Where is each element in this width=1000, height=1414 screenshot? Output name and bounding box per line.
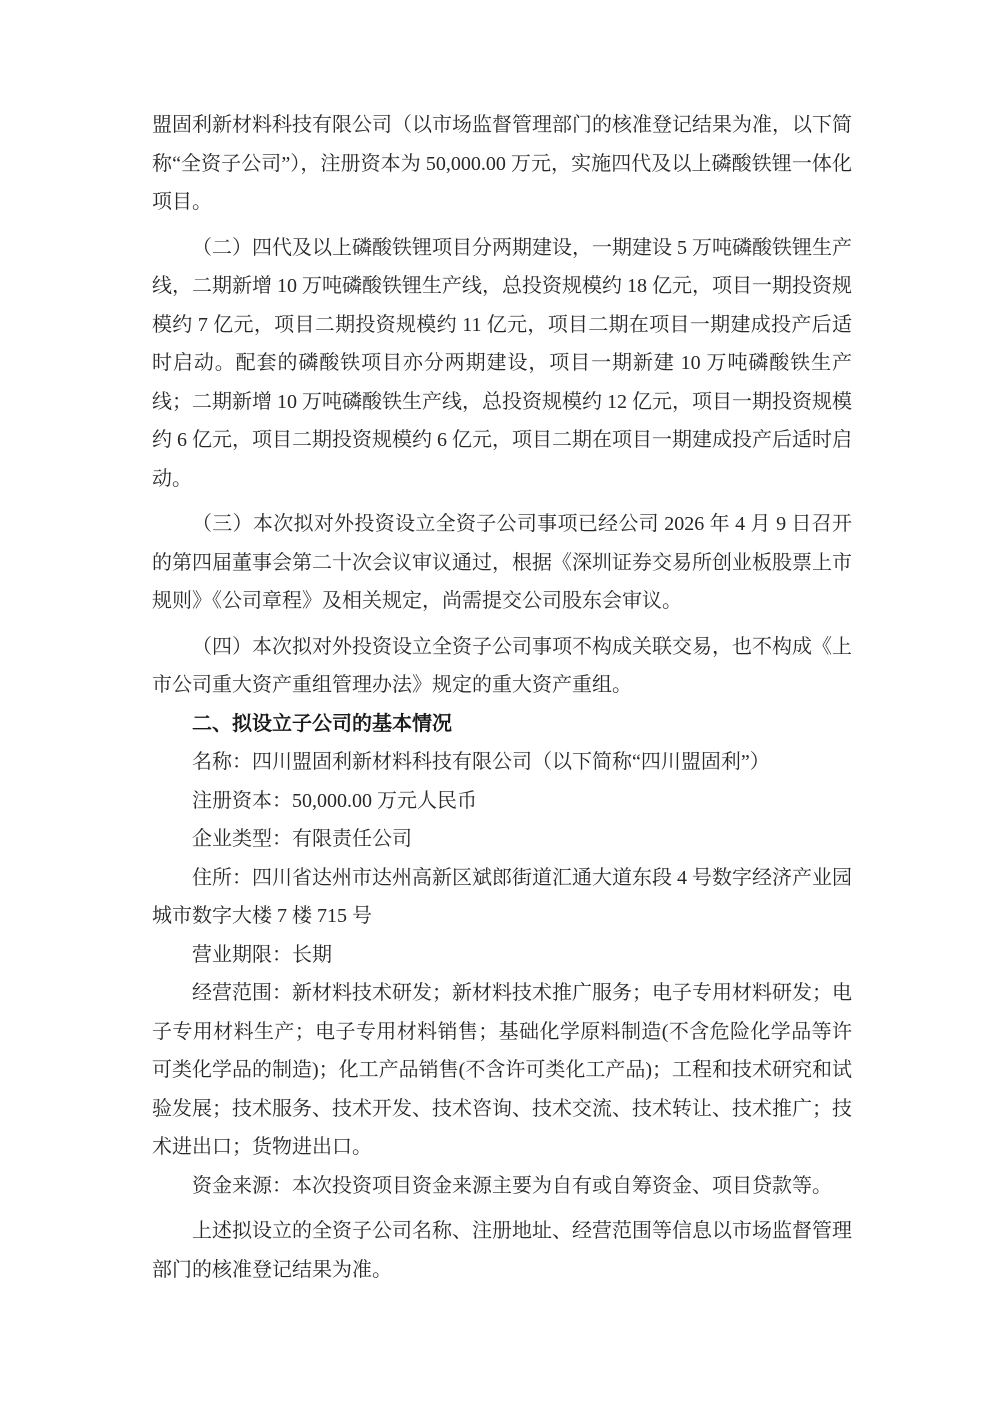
para-item-three-board-approval: （三）本次拟对外投资设立全资子公司事项已经公司 2026 年 4 月 9 日召开… (152, 505, 852, 621)
para-company-name: 名称：四川盟固利新材料科技有限公司（以下简称“四川盟固利”） (152, 743, 852, 782)
para-company-type: 企业类型：有限责任公司 (152, 820, 852, 859)
para-business-term: 营业期限：长期 (152, 936, 852, 975)
para-item-four-no-related-transaction: （四）本次拟对外投资设立全资子公司事项不构成关联交易，也不构成《上市公司重大资产… (152, 628, 852, 705)
para-registered-capital: 注册资本：50,000.00 万元人民币 (152, 782, 852, 821)
section-heading-subsidiary-basic-info: 二、拟设立子公司的基本情况 (152, 705, 852, 744)
para-company-address: 住所：四川省达州市达州高新区斌郎街道汇通大道东段 4 号数字经济产业园城市数字大… (152, 859, 852, 936)
para-business-scope: 经营范围：新材料技术研发；新材料技术推广服务；电子专用材料研发；电子专用材料生产… (152, 974, 852, 1167)
para-registration-disclaimer: 上述拟设立的全资子公司名称、注册地址、经营范围等信息以市场监督管理部门的核准登记… (152, 1212, 852, 1289)
document-page: 盟固利新材料科技有限公司（以市场监督管理部门的核准登记结果为准，以下简称“全资子… (0, 0, 1000, 1414)
para-funding-source: 资金来源：本次投资项目资金来源主要为自有或自筹资金、项目贷款等。 (152, 1167, 852, 1206)
para-subsidiary-setup-continued: 盟固利新材料科技有限公司（以市场监督管理部门的核准登记结果为准，以下简称“全资子… (152, 106, 852, 222)
para-item-two-project-phases: （二）四代及以上磷酸铁锂项目分两期建设，一期建设 5 万吨磷酸铁锂生产线，二期新… (152, 229, 852, 499)
document-body: 盟固利新材料科技有限公司（以市场监督管理部门的核准登记结果为准，以下简称“全资子… (152, 106, 852, 1289)
